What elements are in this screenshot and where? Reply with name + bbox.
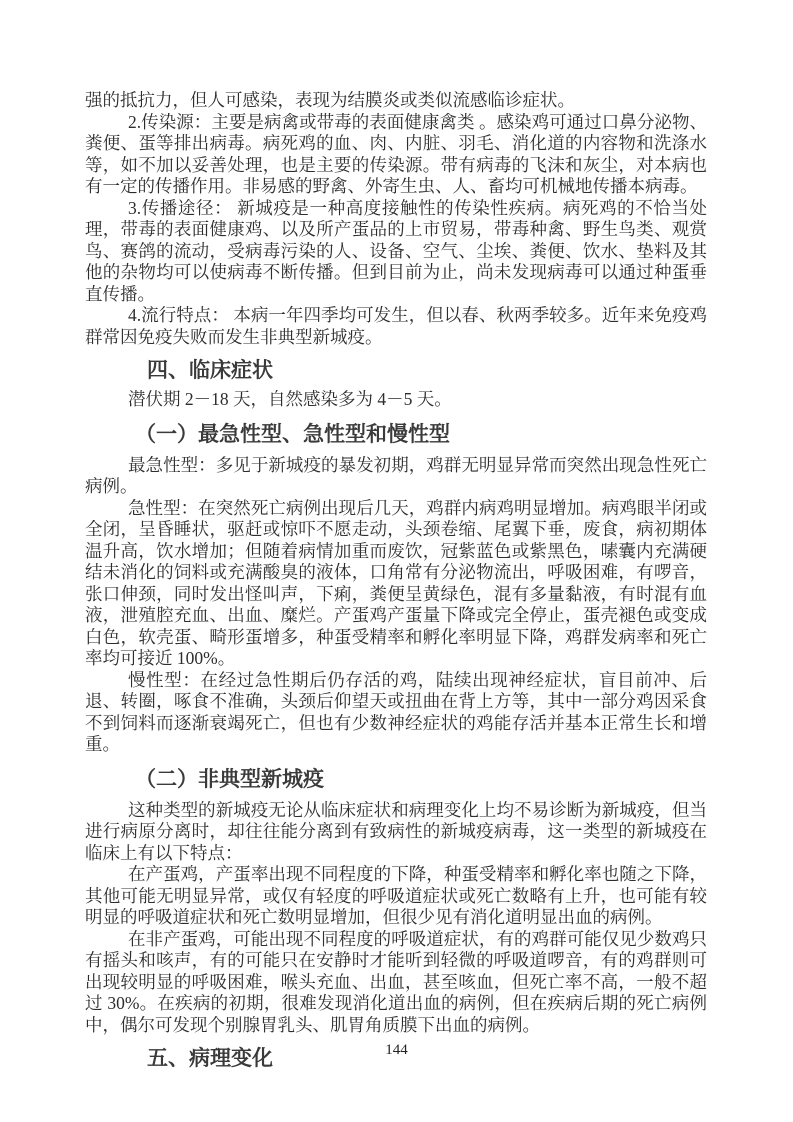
paragraph-peracute-type: 最急性型：多见于新城疫的暴发初期，鸡群无明显异常而突然出现急性死亡病例。: [85, 455, 707, 498]
paragraph-chronic-type: 慢性型：在经过急性期后仍存活的鸡，陆续出现神经症状，盲目前冲、后退、转圈，啄食不…: [85, 670, 707, 756]
paragraph-epidemic-features: 4.流行特点： 本病一年四季均可发生，但以春、秋两季较多。近年来免疫鸡群常因免疫…: [85, 305, 707, 348]
paragraph-laying-hens: 在产蛋鸡，产蛋率出现不同程度的下降，种蛋受精率和孵化率也随之下降，其他可能无明显…: [85, 864, 707, 929]
section-heading-clinical-symptoms: 四、临床症状: [85, 357, 707, 383]
subsection-heading-atypical-newcastle: （二）非典型新城疫: [85, 766, 707, 792]
document-page: 强的抵抗力，但人可感染，表现为结膜炎或类似流感临诊症状。 2.传染源：主要是病禽…: [0, 0, 793, 1122]
page-number: 144: [0, 1042, 793, 1059]
paragraph-incubation-period: 潜伏期 2－18 天，自然感染多为 4－5 天。: [85, 389, 707, 411]
paragraph-infection-source: 2.传染源：主要是病禽或带毒的表面健康禽类 。感染鸡可通过口鼻分泌物、粪便、蛋等…: [85, 112, 707, 198]
paragraph-continued: 强的抵抗力，但人可感染，表现为结膜炎或类似流感临诊症状。: [85, 90, 707, 112]
document-body: 强的抵抗力，但人可感染，表现为结膜炎或类似流感临诊症状。 2.传染源：主要是病禽…: [85, 90, 707, 1071]
paragraph-transmission-route: 3.传播途径： 新城疫是一种高度接触性的传染性疾病。病死鸡的不恰当处理，带毒的表…: [85, 198, 707, 306]
paragraph-atypical-overview: 这种类型的新城疫无论从临床症状和病理变化上均不易诊断为新城疫，但当进行病原分离时…: [85, 800, 707, 865]
paragraph-non-laying-hens: 在非产蛋鸡，可能出现不同程度的呼吸道症状，有的鸡群可能仅见少数鸡只有摇头和咳声，…: [85, 929, 707, 1037]
subsection-heading-acute-types: （一）最急性型、急性型和慢性型: [85, 421, 707, 447]
paragraph-acute-type: 急性型：在突然死亡病例出现后几天，鸡群内病鸡明显增加。病鸡眼半闭或全闭，呈昏睡状…: [85, 498, 707, 670]
